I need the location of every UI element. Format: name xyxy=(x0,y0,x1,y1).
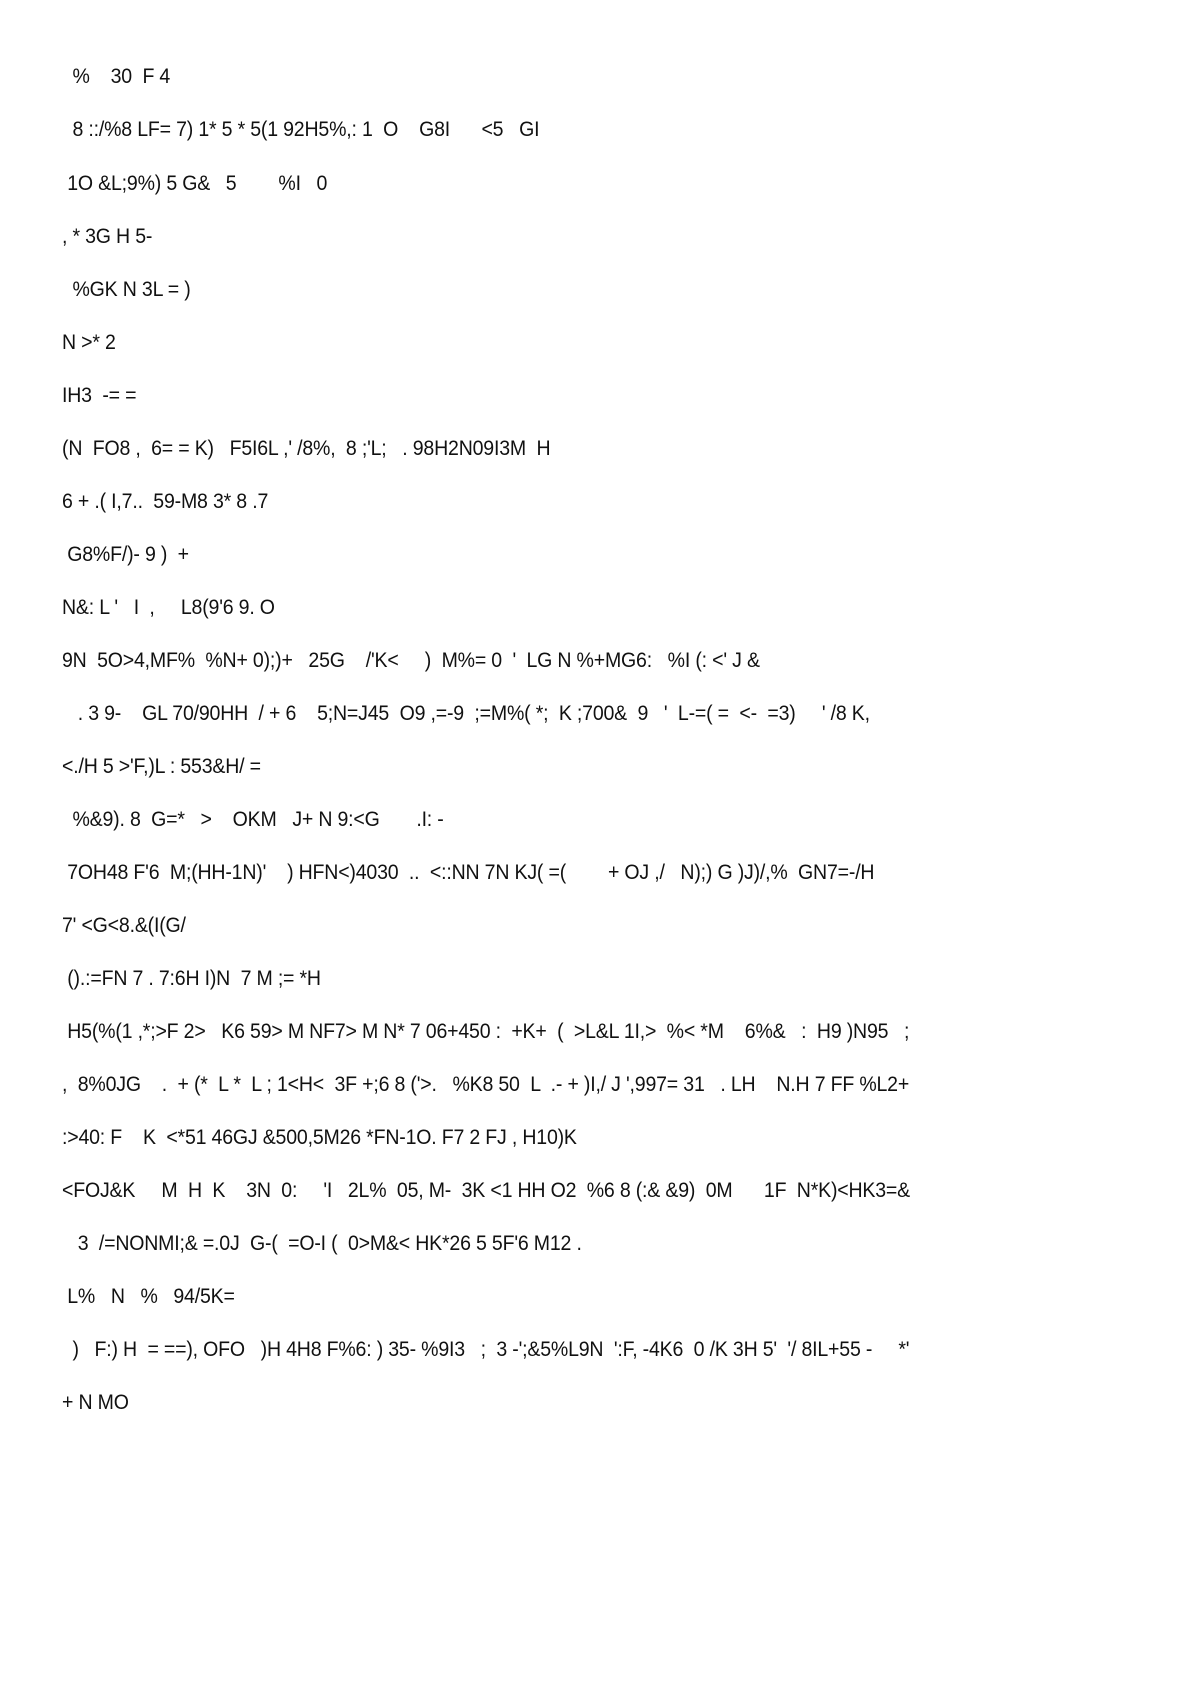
text-line: N >* 2 xyxy=(62,330,116,356)
text-line: %GK N 3L = ) xyxy=(62,277,191,303)
text-line: G8%F/)- 9 ) + xyxy=(62,542,189,568)
text-line: 7' <G<8.&(I(G/ xyxy=(62,913,186,939)
text-line: %&9). 8 G=* > OKM J+ N 9:<G .I: - xyxy=(62,807,444,833)
text-line: 8 ::/%8 LF= 7) 1* 5 * 5(1 92H5%,: 1 O G8… xyxy=(62,117,539,143)
document-page: % 30 F 4 8 ::/%8 LF= 7) 1* 5 * 5(1 92H5%… xyxy=(0,0,1200,1696)
text-line: 9N 5O>4,MF% %N+ 0);)+ 25G /'K< ) M%= 0 '… xyxy=(62,648,760,674)
text-line: IH3 -= = xyxy=(62,383,136,409)
text-line: ().:=FN 7 . 7:6H I)N 7 M ;= *H xyxy=(62,966,321,992)
text-line: L% N % 94/5K= xyxy=(62,1284,235,1310)
text-line: + N MO xyxy=(62,1390,129,1416)
text-line: 6 + .( I,7.. 59-M8 3* 8 .7 xyxy=(62,489,268,515)
text-line: <FOJ&K M H K 3N 0: 'I 2L% 05, M- 3K <1 H… xyxy=(62,1178,910,1204)
text-line: 1O &L;9%) 5 G& 5 %I 0 xyxy=(62,171,327,197)
text-line: <./H 5 >'F,)L : 553&H/ = xyxy=(62,754,261,780)
text-line: N&: L ' I , L8(9'6 9. O xyxy=(62,595,275,621)
text-line: H5(%(1 ,*;>F 2> K6 59> M NF7> M N* 7 06+… xyxy=(62,1019,909,1045)
text-line: , * 3G H 5- xyxy=(62,224,152,250)
text-line: . 3 9- GL 70/90HH / + 6 5;N=J45 O9 ,=-9 … xyxy=(62,701,870,727)
text-line: 3 /=NONMI;& =.0J G-( =O-I ( 0>M&< HK*26 … xyxy=(62,1231,582,1257)
text-line: , 8%0JG . + (* L * L ; 1<H< 3F +;6 8 ('>… xyxy=(62,1072,909,1098)
text-line: :>40: F K <*51 46GJ &500,5M26 *FN-1O. F7… xyxy=(62,1125,577,1151)
text-line: (N FO8 , 6= = K) F5I6L ,' /8%, 8 ;'L; . … xyxy=(62,436,550,462)
text-line: ) F:) H = ==), OFO )H 4H8 F%6: ) 35- %9I… xyxy=(62,1337,909,1363)
text-line: 7OH48 F'6 M;(HH-1N)' ) HFN<)4030 .. <::N… xyxy=(62,860,874,886)
text-line: % 30 F 4 xyxy=(62,64,170,90)
